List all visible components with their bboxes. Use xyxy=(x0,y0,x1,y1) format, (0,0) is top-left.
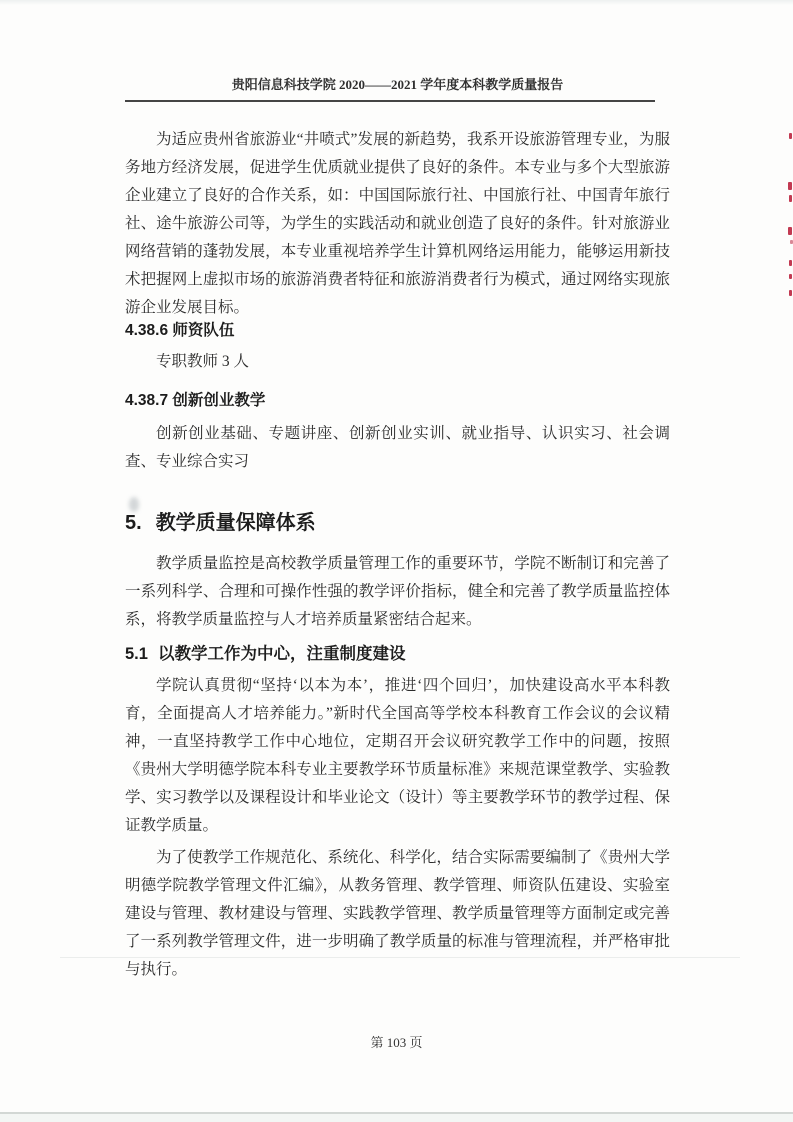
faculty-count-line: 专职教师 3 人 xyxy=(125,348,670,376)
section-5-1-number: 5.1 xyxy=(125,645,148,664)
heading-section-5: 5. 教学质量保障体系 xyxy=(125,506,670,535)
red-ink-artifact xyxy=(788,182,792,190)
paragraph-course-list: 创新创业基础、专题讲座、创新创业实训、就业指导、认识实习、社会调查、专业综合实习 xyxy=(125,420,670,476)
red-ink-artifact xyxy=(789,290,792,296)
scan-bottom-band xyxy=(0,1114,793,1122)
header-rule xyxy=(125,100,655,102)
document-page: 贵阳信息科技学院 2020——2021 学年度本科教学质量报告 为适应贵州省旅游… xyxy=(0,0,793,1122)
paragraph-management-documents: 为了使教学工作规范化、系统化、科学化，结合实际需要编制了《贵州大学明德学院教学管… xyxy=(125,844,670,984)
page-number: 第 103 页 xyxy=(0,1032,793,1051)
red-ink-artifact xyxy=(788,227,792,235)
red-ink-artifact xyxy=(789,133,792,139)
section-5-1-title: 以教学工作为中心，注重制度建设 xyxy=(158,640,406,664)
scan-top-edge xyxy=(0,0,793,5)
red-ink-artifact xyxy=(789,274,792,279)
heading-section-5-1: 5.1 以教学工作为中心，注重制度建设 xyxy=(125,640,670,664)
heading-4-38-6-faculty: 4.38.6 师资队伍 xyxy=(125,318,670,340)
section-5-number: 5. xyxy=(125,512,142,535)
paragraph-quality-monitoring-intro: 教学质量监控是高校教学质量管理工作的重要环节，学院不断制订和完善了一系列科学、合… xyxy=(125,550,670,634)
running-header-title: 贵阳信息科技学院 2020——2021 学年度本科教学质量报告 xyxy=(125,76,670,94)
heading-4-38-7-innovation-teaching: 4.38.7 创新创业教学 xyxy=(125,388,670,410)
paragraph-tourism-major: 为适应贵州省旅游业“井喷式”发展的新趋势，我系开设旅游管理专业，为服务地方经济发… xyxy=(125,126,670,322)
red-ink-artifact xyxy=(789,260,792,266)
section-5-title: 教学质量保障体系 xyxy=(156,506,316,535)
red-ink-artifact xyxy=(789,195,792,202)
paragraph-teaching-center-policy: 学院认真贯彻“坚持‘以本为本’，推进‘四个回归’，加快建设高水平本科教育，全面提… xyxy=(125,672,670,840)
scan-faint-line-artifact xyxy=(60,957,740,958)
